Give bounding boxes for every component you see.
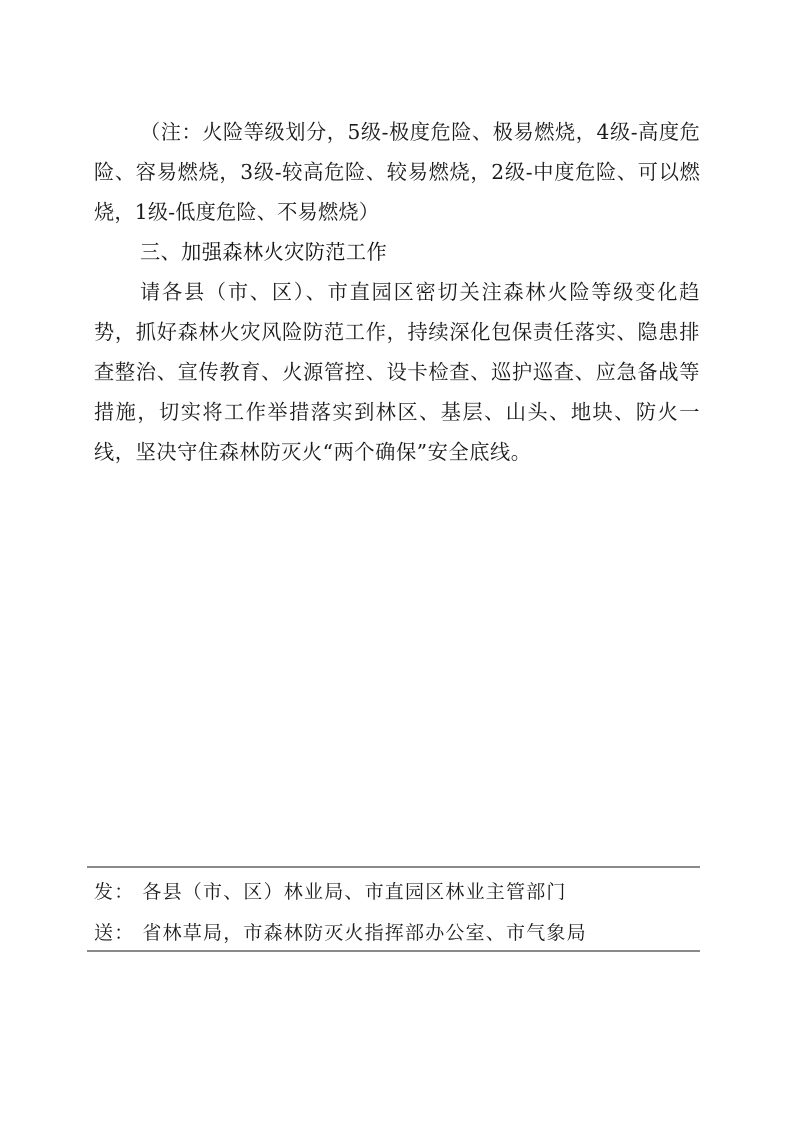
copy-label: 送： xyxy=(94,921,134,945)
fire-risk-level-note: （注：火险等级划分，5级-极度危险、极易燃烧，4级-高度危险、容易燃烧，3级-较… xyxy=(94,112,700,232)
send-to-row: 发：各县（市、区）林业局、市直园区林业主管部门 xyxy=(94,880,567,904)
document-page: （注：火险等级划分，5级-极度危险、极易燃烧，4级-高度危险、容易燃烧，3级-较… xyxy=(0,0,793,1122)
section-heading: 三、加强森林火灾防范工作 xyxy=(94,232,700,272)
copy-recipients: 省林草局，市森林防灭火指挥部办公室、市气象局 xyxy=(142,922,586,944)
section-body-paragraph: 请各县（市、区）、市直园区密切关注森林火险等级变化趋势，抓好森林火灾风险防范工作… xyxy=(94,272,700,472)
document-body: （注：火险等级划分，5级-极度危险、极易燃烧，4级-高度危险、容易燃烧，3级-较… xyxy=(94,112,700,472)
copy-to-row: 送：省林草局，市森林防灭火指挥部办公室、市气象局 xyxy=(94,921,587,945)
send-recipients: 各县（市、区）林业局、市直园区林业主管部门 xyxy=(142,881,566,903)
send-label: 发： xyxy=(94,880,134,904)
distribution-block: 发：各县（市、区）林业局、市直园区林业主管部门 送：省林草局，市森林防灭火指挥部… xyxy=(87,866,700,952)
